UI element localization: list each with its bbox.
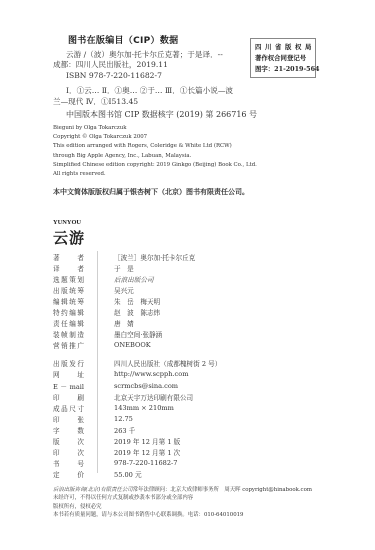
footer-brand: 后浪出版咨询(北京)有限责任公司 <box>53 487 133 493</box>
credit-value: 赵 波 陈志炜 <box>114 307 160 317</box>
cip-classification: Ⅰ．①云… Ⅱ．①奥… ②于… Ⅲ．①长篇小说—波 <box>66 85 233 96</box>
credit-label: 营销推广 <box>53 340 84 350</box>
footer-legal-line: 后浪出版咨询(北京)有限责任公司常年法律顾问：北京大成律师事务所 周天晖 cop… <box>53 486 312 494</box>
publication-value: 143mm × 210mm <box>114 404 174 412</box>
cip-check-number: 中国版本图书馆 CIP 数据核字 (2019) 第 266716 号 <box>66 109 257 120</box>
credit-value: 墨白空间·张静涵 <box>114 329 162 339</box>
english-rights-line: Simplified Chinese edition copyright: 20… <box>53 161 257 170</box>
credit-label: 出版统筹 <box>53 285 84 295</box>
publication-row: 印 刷北京天宇万达印刷有限公司 <box>53 391 84 402</box>
credit-value: ［波兰］奥尔加·托卡尔丘克 <box>114 252 195 262</box>
publication-label: 网 址 <box>53 369 84 379</box>
publication-label: 书 号 <box>53 458 84 468</box>
credit-row: 出版统筹吴兴元 <box>53 284 84 295</box>
credit-row: 译 者于 是 <box>53 262 84 273</box>
publication-value: 55.00 元 <box>114 469 142 479</box>
pinyin-title: YUNYOU <box>53 219 81 226</box>
publication-value: 263 千 <box>114 425 135 435</box>
publication-value: 北京天宇万达印刷有限公司 <box>114 392 193 402</box>
credit-label: 特约编辑 <box>53 307 84 317</box>
publication-label: 印 次 <box>53 447 84 457</box>
publication-row: E － mailscrmcbs@sina.com <box>53 380 84 391</box>
credit-row: 选题策划后浪出版公司 <box>53 273 84 284</box>
credit-value: ONEBOOK <box>114 341 151 349</box>
english-rights-line: All rights reserved. <box>53 170 257 179</box>
credit-value: 朱 岳 梅天明 <box>114 296 160 306</box>
credit-label: 装帧制造 <box>53 329 84 339</box>
footer-line-2: 未经许可，不得以任何方式复制或抄袭本书部分或全部内容 <box>53 494 312 502</box>
english-rights-line: Bieguni by Olga Tokarczuk <box>53 124 257 133</box>
credit-value: 吴兴元 <box>114 285 134 295</box>
credit-value: 唐 婧 <box>114 318 134 328</box>
credit-label: 译 者 <box>53 263 84 273</box>
publication-row: 印 次2019 年 12 月第 1 次 <box>53 447 84 458</box>
cip-title: 图书在版编目（CIP）数据 <box>68 33 178 46</box>
english-rights-line: through Big Apple Agency, Inc., Labuan, … <box>53 152 257 161</box>
credit-row: 著 者［波兰］奥尔加·托卡尔丘克 <box>53 251 84 262</box>
publication-label: 出版发行 <box>53 358 84 368</box>
registration-box: 四川省版权局 著作权合同登记号 图字：21-2019-564 <box>250 38 316 78</box>
chinese-rights-statement: 本中文简体版版权归属于银杏树下（北京）图书有限责任公司。 <box>53 187 249 197</box>
credit-label: 著 者 <box>53 252 84 262</box>
publication-row: 版 次2019 年 12 月第 1 版 <box>53 436 84 447</box>
publication-value: 2019 年 12 月第 1 版 <box>114 436 180 446</box>
credit-value: 后浪出版公司 <box>114 274 154 284</box>
publication-row: 出版发行四川人民出版社（成都槐树街 2 号） <box>53 358 84 369</box>
publication-value: 2019 年 12 月第 1 次 <box>114 447 180 457</box>
footer-line-3: 版权所有，侵权必究 <box>53 503 312 511</box>
credit-label: 责任编辑 <box>53 318 84 328</box>
publication-label: 印 张 <box>53 414 84 424</box>
english-rights-line: Copyright © Olga Tokarczuk 2007 <box>53 133 257 142</box>
cip-classification-cont: 兰—现代 Ⅳ．①I513.45 <box>53 96 138 107</box>
publication-row: 网 址http://www.scpph.com <box>53 369 84 380</box>
credit-value: 于 是 <box>114 263 134 273</box>
english-rights-block: Bieguni by Olga Tokarczuk Copyright © Ol… <box>53 124 257 179</box>
email-link[interactable]: scrmcbs@sina.com <box>114 382 178 390</box>
footer-block: 后浪出版咨询(北京)有限责任公司常年法律顾问：北京大成律师事务所 周天晖 cop… <box>53 486 312 519</box>
credit-row: 装帧制造墨白空间·张静涵 <box>53 329 84 340</box>
cip-isbn: ISBN 978-7-220-11682-7 <box>66 71 162 80</box>
registration-line-3: 图字：21-2019-564 <box>255 64 311 75</box>
publication-label: 成品尺寸 <box>53 403 84 413</box>
book-title: 云游 <box>53 227 85 248</box>
publication-label: 字 数 <box>53 425 84 435</box>
registration-line-2: 著作权合同登记号 <box>255 53 311 64</box>
credit-label: 编辑统筹 <box>53 296 84 306</box>
publication-row: 字 数263 千 <box>53 424 84 435</box>
publication-label: 定 价 <box>53 469 84 479</box>
cip-line-2: 成都：四川人民出版社，2019.11 <box>53 59 168 70</box>
publication-value: 四川人民出版社（成都槐树街 2 号） <box>114 358 221 368</box>
english-rights-line: This edition arranged with Rogers, Coler… <box>53 142 257 151</box>
credit-label: 选题策划 <box>53 274 84 284</box>
publication-value: 12.75 <box>114 415 133 423</box>
publication-row: 书 号978-7-220-11682-7 <box>53 458 84 469</box>
publication-label: 版 次 <box>53 436 84 446</box>
publication-label: E － mail <box>53 381 84 391</box>
publication-row: 成品尺寸143mm × 210mm <box>53 402 84 413</box>
credit-row: 责任编辑唐 婧 <box>53 318 84 329</box>
credits-block: 著 者［波兰］奥尔加·托卡尔丘克 译 者于 是 选题策划后浪出版公司 出版统筹吴… <box>53 251 84 480</box>
publication-label: 印 刷 <box>53 392 84 402</box>
website-link[interactable]: http://www.scpph.com <box>114 370 188 378</box>
publication-row: 定 价55.00 元 <box>53 469 84 480</box>
publication-value: 978-7-220-11682-7 <box>114 459 177 467</box>
footer-line-4: 本书若有质量问题，请与本公司图书销售中心联系调换。电话：010-64010019 <box>53 511 312 519</box>
credits-divider <box>97 251 98 473</box>
credit-row: 编辑统筹朱 岳 梅天明 <box>53 295 84 306</box>
publication-row: 印 张12.75 <box>53 413 84 424</box>
footer-legal: 常年法律顾问：北京大成律师事务所 周天晖 copyright@hinabook.… <box>133 487 312 493</box>
credit-row: 特约编辑赵 波 陈志炜 <box>53 306 84 317</box>
registration-line-1: 四川省版权局 <box>255 42 311 53</box>
credit-row: 营销推广ONEBOOK <box>53 340 84 351</box>
